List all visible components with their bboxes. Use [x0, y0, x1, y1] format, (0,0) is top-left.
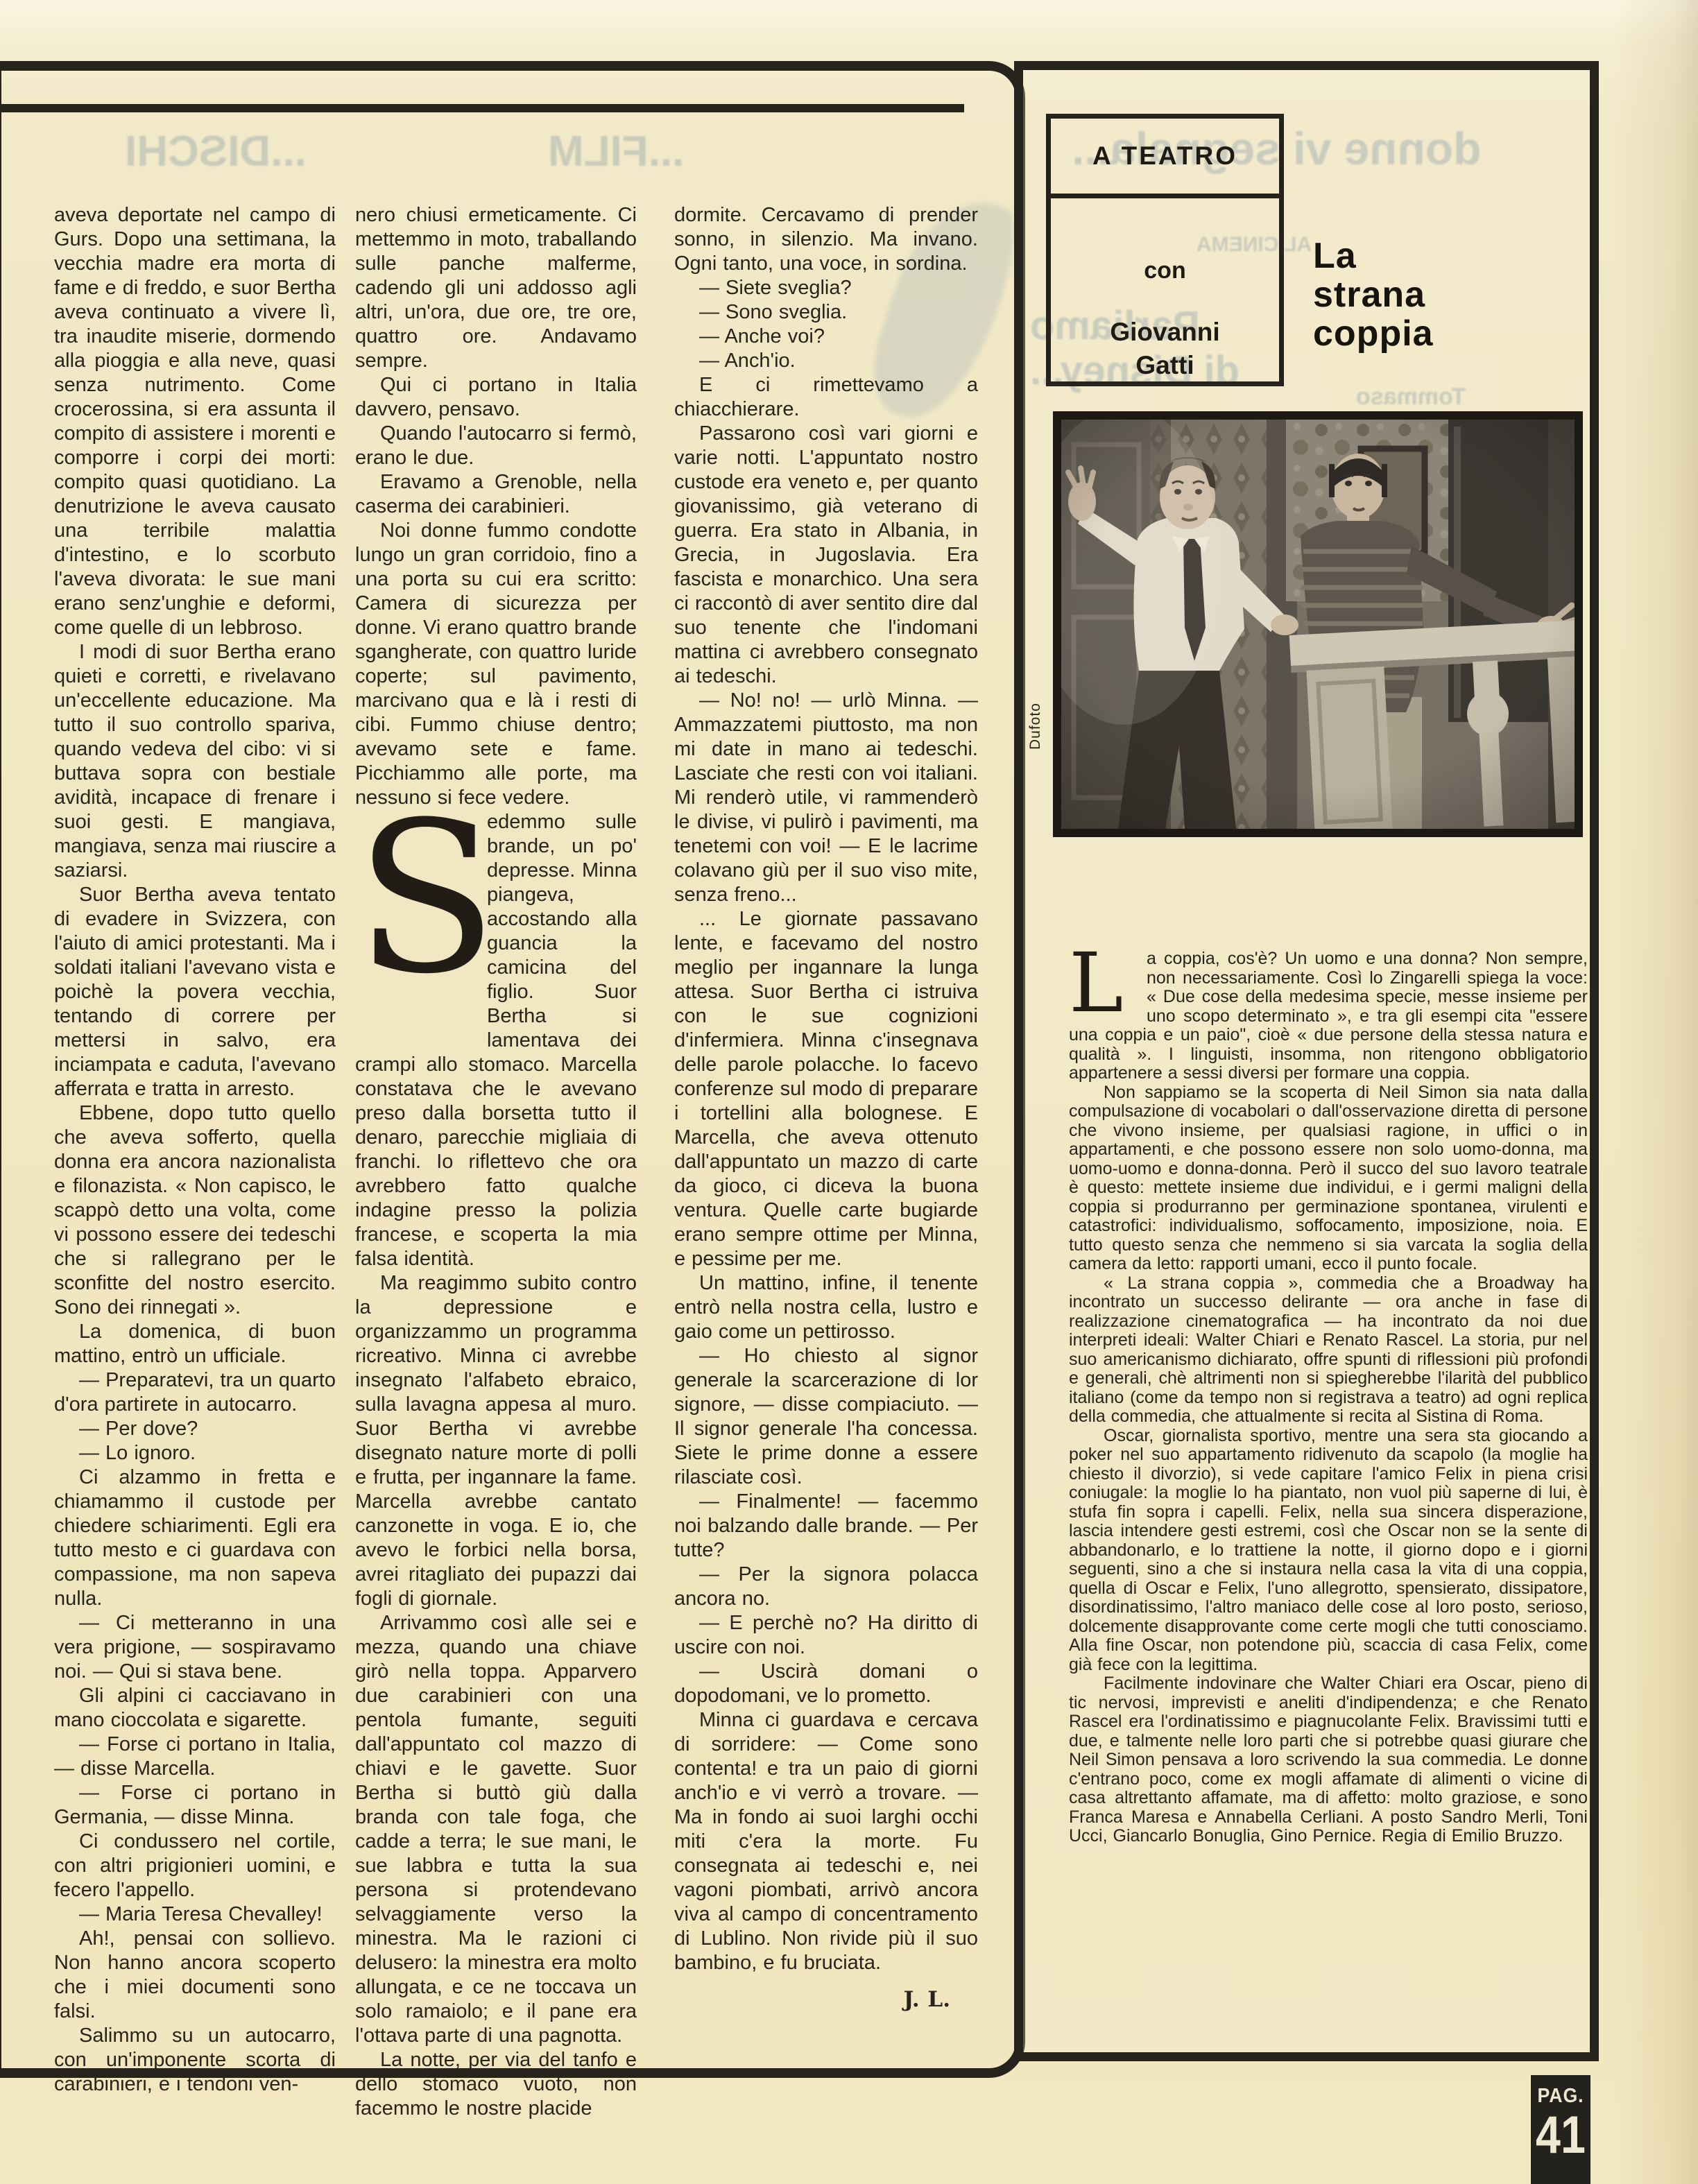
- top-rule: [0, 104, 964, 112]
- paragraph: Gli alpini ci cacciavano in mano cioccol…: [54, 1684, 336, 1732]
- dropcap-letter-s: S: [355, 810, 487, 1053]
- paragraph: E ci rimettevamo a chiacchierare.: [674, 373, 978, 422]
- paragraph: Arrivammo così alle sei e mezza, quando …: [355, 1611, 637, 2048]
- paragraph: dormite. Cercavamo di prender sonno, in …: [674, 203, 978, 276]
- byline-pre: con: [1144, 257, 1185, 284]
- page-number-label: PAG.: [1533, 2085, 1588, 2108]
- paragraph: — Siete sveglia?: [674, 276, 978, 300]
- stage-photo: [1053, 411, 1583, 837]
- paragraph: Minna ci guardava e cercava di sorridere…: [674, 1708, 978, 1975]
- paragraph: I modi di suor Bertha erano quieti e cor…: [54, 640, 336, 883]
- paragraph: — Ci metteranno in una vera prigione, — …: [54, 1611, 336, 1684]
- author-initials: J. L.: [674, 1988, 978, 2012]
- paragraph: Ah!, pensai con sollievo. Non hanno anco…: [54, 1927, 336, 2024]
- dropcap-letter-l: L: [1069, 949, 1147, 1007]
- paragraph: — Uscirà domani o dopodomani, ve lo prom…: [674, 1660, 978, 1708]
- paragraph: — Lo ignoro.: [54, 1441, 336, 1465]
- magazine-page: { "page": { "footer": { "pag_label": "PA…: [0, 0, 1698, 2184]
- left-column-1: aveva deportate nel campo di Gurs. Dopo …: [54, 203, 336, 2097]
- left-column-3: dormite. Cercavamo di prender sonno, in …: [674, 203, 978, 2012]
- paragraph: — Anche voi?: [674, 325, 978, 349]
- byline-name-last: Gatti: [1135, 351, 1194, 380]
- paragraph: Passarono così vari giorni e varie notti…: [674, 422, 978, 689]
- page-number-value: 41: [1535, 2108, 1586, 2163]
- paragraph: — Finalmente! — facemmo noi balzando dal…: [674, 1490, 978, 1563]
- paragraph: Noi donne fummo condotte lungo un gran c…: [355, 519, 637, 810]
- paragraph: Salimmo su un autocarro, con un'imponent…: [54, 2024, 336, 2097]
- paragraph: La domenica, di buon mattino, entrò un u…: [54, 1320, 336, 1368]
- photo-credit: Dufoto: [1027, 703, 1044, 750]
- paper-top-highlight: [0, 0, 1698, 42]
- title-line-1: La: [1313, 237, 1434, 275]
- paragraph: La notte, per via del tanfo e dello stom…: [355, 2048, 637, 2121]
- title-line-2: strana: [1313, 275, 1434, 314]
- byline-name-first: Giovanni: [1110, 318, 1219, 347]
- kicker-top: A TEATRO: [1051, 119, 1279, 198]
- paragraph: Ebbene, dopo tutto quello che aveva soff…: [54, 1101, 336, 1320]
- paragraph: Quando l'autocarro si fermò, erano le du…: [355, 422, 637, 470]
- paragraph: — Per dove?: [54, 1417, 336, 1441]
- paragraph: Ma reagimmo subito contro la depressione…: [355, 1271, 637, 1611]
- paragraph: Suor Bertha aveva tentato di evadere in …: [54, 883, 336, 1101]
- stage-photo-illustration: [1061, 420, 1575, 829]
- paragraph: « La strana coppia », commedia che a Bro…: [1069, 1274, 1588, 1427]
- paragraph: — Forse ci portano in Germania, — disse …: [54, 1781, 336, 1830]
- paragraph: — Maria Teresa Chevalley!: [54, 1902, 336, 1927]
- article-body: La coppia, cos'è? Un uomo e una donna? N…: [1069, 949, 1588, 1846]
- paragraph: Ci alzammo in fretta e chiamammo il cust…: [54, 1465, 336, 1611]
- paragraph: Facilmente indovinare che Walter Chiari …: [1069, 1674, 1588, 1846]
- paragraph: — E perchè no? Ha diritto di uscire con …: [674, 1611, 978, 1660]
- paragraph: Ci condussero nel cortile, con altri pri…: [54, 1830, 336, 1902]
- paragraph: Un mattino, infine, il tenente entrò nel…: [674, 1271, 978, 1344]
- paragraph: — Forse ci portano in Italia, — disse Ma…: [54, 1732, 336, 1781]
- dropcap-paragraph-text: a coppia, cos'è? Un uomo e una donna? No…: [1069, 949, 1588, 1083]
- paragraph: — No! no! — urlò Minna. — Ammazzatemi pi…: [674, 689, 978, 907]
- paragraph: — Per la signora polacca ancora no.: [674, 1563, 978, 1611]
- paragraph: Oscar, giornalista sportivo, mentre una …: [1069, 1427, 1588, 1675]
- dropcap-paragraph: Sedemmo sulle brande, un po' depresse. M…: [355, 810, 637, 1271]
- paper-right-shadow: [1615, 0, 1698, 2184]
- left-column-2: nero chiusi ermeticamente. Ci mettemmo i…: [355, 203, 637, 2121]
- kicker-label: A TEATRO: [1092, 141, 1237, 171]
- article-title: La strana coppia: [1313, 237, 1434, 353]
- paragraph: — Anch'io.: [674, 349, 978, 373]
- paragraph: ... Le giornate passavano lente, e facev…: [674, 907, 978, 1271]
- page-number-box: PAG. 41: [1531, 2075, 1590, 2184]
- byline: con Giovanni Gatti: [1051, 198, 1279, 380]
- paragraph: nero chiusi ermeticamente. Ci mettemmo i…: [355, 203, 637, 373]
- paragraph: — Ho chiesto al signor generale la scarc…: [674, 1344, 978, 1490]
- kicker-box: A TEATRO con Giovanni Gatti: [1046, 114, 1284, 386]
- paragraph: Eravamo a Grenoble, nella caserma dei ca…: [355, 470, 637, 519]
- theatre-panel: donne vi segnala... AL CINEMA Parliamo d…: [1014, 61, 1599, 2061]
- paragraph: Non sappiamo se la scoperta di Neil Simo…: [1069, 1083, 1588, 1274]
- title-line-3: coppia: [1313, 314, 1434, 353]
- paragraph: aveva deportate nel campo di Gurs. Dopo …: [54, 203, 336, 640]
- bleedthrough-tommaso: Tommaso: [1356, 384, 1466, 411]
- paragraph: — Sono sveglia.: [674, 300, 978, 325]
- paragraph: — Preparatevi, tra un quarto d'ora parti…: [54, 1368, 336, 1417]
- paragraph: Qui ci portano in Italia davvero, pensav…: [355, 373, 637, 422]
- dropcap-paragraph: La coppia, cos'è? Un uomo e una donna? N…: [1069, 949, 1588, 1083]
